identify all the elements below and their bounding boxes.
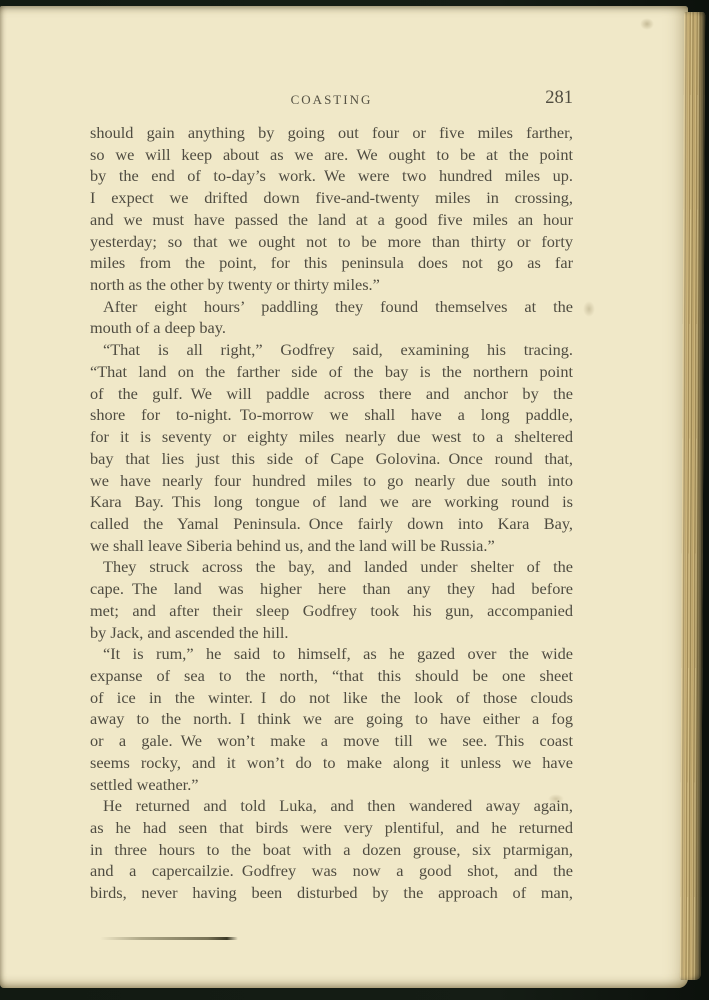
text-line: expanse of sea to the north, “that this … — [90, 665, 573, 687]
text-line: for it is seventy or eighty miles nearly… — [90, 426, 573, 448]
paragraph: should gain anything by going out four o… — [90, 122, 573, 296]
text-line: we have nearly four hundred miles to go … — [90, 470, 573, 492]
text-line: settled weather.” — [90, 774, 573, 796]
text-line: cape. The land was higher here than any … — [90, 578, 573, 600]
text-line: bay that lies just this side of Cape Gol… — [90, 448, 573, 470]
text-line: north as the other by twenty or thirty m… — [90, 274, 573, 296]
text-line: by the end of to-day’s work. We were two… — [90, 165, 573, 187]
text-line: of the gulf. We will paddle across there… — [90, 383, 573, 405]
paragraph: After eight hours’ paddling they found t… — [90, 296, 573, 339]
text-line: and we must have passed the land at a go… — [90, 209, 573, 231]
book-scan-background: COASTING 281 should gain anything by goi… — [0, 0, 709, 1000]
text-line: should gain anything by going out four o… — [90, 122, 573, 144]
text-line: I expect we drifted down five-and-twenty… — [90, 187, 573, 209]
text-line: miles from the point, for this peninsula… — [90, 252, 573, 274]
text-line: as he had seen that birds were very plen… — [90, 817, 573, 839]
page-number: 281 — [545, 88, 573, 109]
text-line: by Jack, and ascended the hill. — [90, 622, 573, 644]
text-line: met; and after their sleep Godfrey took … — [90, 600, 573, 622]
text-line: shore for to-night. To-morrow we shall h… — [90, 404, 573, 426]
body-text: should gain anything by going out four o… — [90, 122, 573, 904]
text-line: seems rocky, and it won’t do to make alo… — [90, 752, 573, 774]
text-line: we shall leave Siberia behind us, and th… — [90, 535, 573, 557]
page-header: COASTING 281 — [90, 88, 573, 110]
text-line: “That is all right,” Godfrey said, exami… — [90, 339, 573, 361]
text-line: He returned and told Luka, and then wand… — [90, 795, 573, 817]
paper-blemish — [583, 301, 595, 317]
page-edge-stack — [680, 12, 705, 980]
text-line: After eight hours’ paddling they found t… — [90, 296, 573, 318]
text-line: or a gale. We won’t make a move till we … — [90, 730, 573, 752]
text-line: called the Yamal Peninsula. Once fairly … — [90, 513, 573, 535]
paragraph: “It is rum,” he said to himself, as he g… — [90, 643, 573, 795]
text-line: mouth of a deep bay. — [90, 317, 573, 339]
paragraph: They struck across the bay, and landed u… — [90, 556, 573, 643]
paper-blemish — [548, 794, 564, 804]
text-line: They struck across the bay, and landed u… — [90, 556, 573, 578]
text-line: so we will keep about as we are. We ough… — [90, 144, 573, 166]
paper-blemish — [640, 18, 654, 30]
scan-artifact-line — [100, 937, 238, 940]
text-line: in three hours to the boat with a dozen … — [90, 839, 573, 861]
text-line: “It is rum,” he said to himself, as he g… — [90, 643, 573, 665]
text-line: birds, never having been disturbed by th… — [90, 882, 573, 904]
text-line: Kara Bay. This long tongue of land we ar… — [90, 491, 573, 513]
paragraph: “That is all right,” Godfrey said, exami… — [90, 339, 573, 556]
text-line: yesterday; so that we ought not to be mo… — [90, 231, 573, 253]
paragraph: He returned and told Luka, and then wand… — [90, 795, 573, 904]
text-line: of ice in the winter. I do not like the … — [90, 687, 573, 709]
running-title: COASTING — [90, 92, 573, 108]
text-line: “That land on the farther side of the ba… — [90, 361, 573, 383]
book-page: COASTING 281 should gain anything by goi… — [0, 6, 688, 988]
text-line: and a capercailzie. Godfrey was now a go… — [90, 860, 573, 882]
text-line: away to the north. I think we are going … — [90, 708, 573, 730]
